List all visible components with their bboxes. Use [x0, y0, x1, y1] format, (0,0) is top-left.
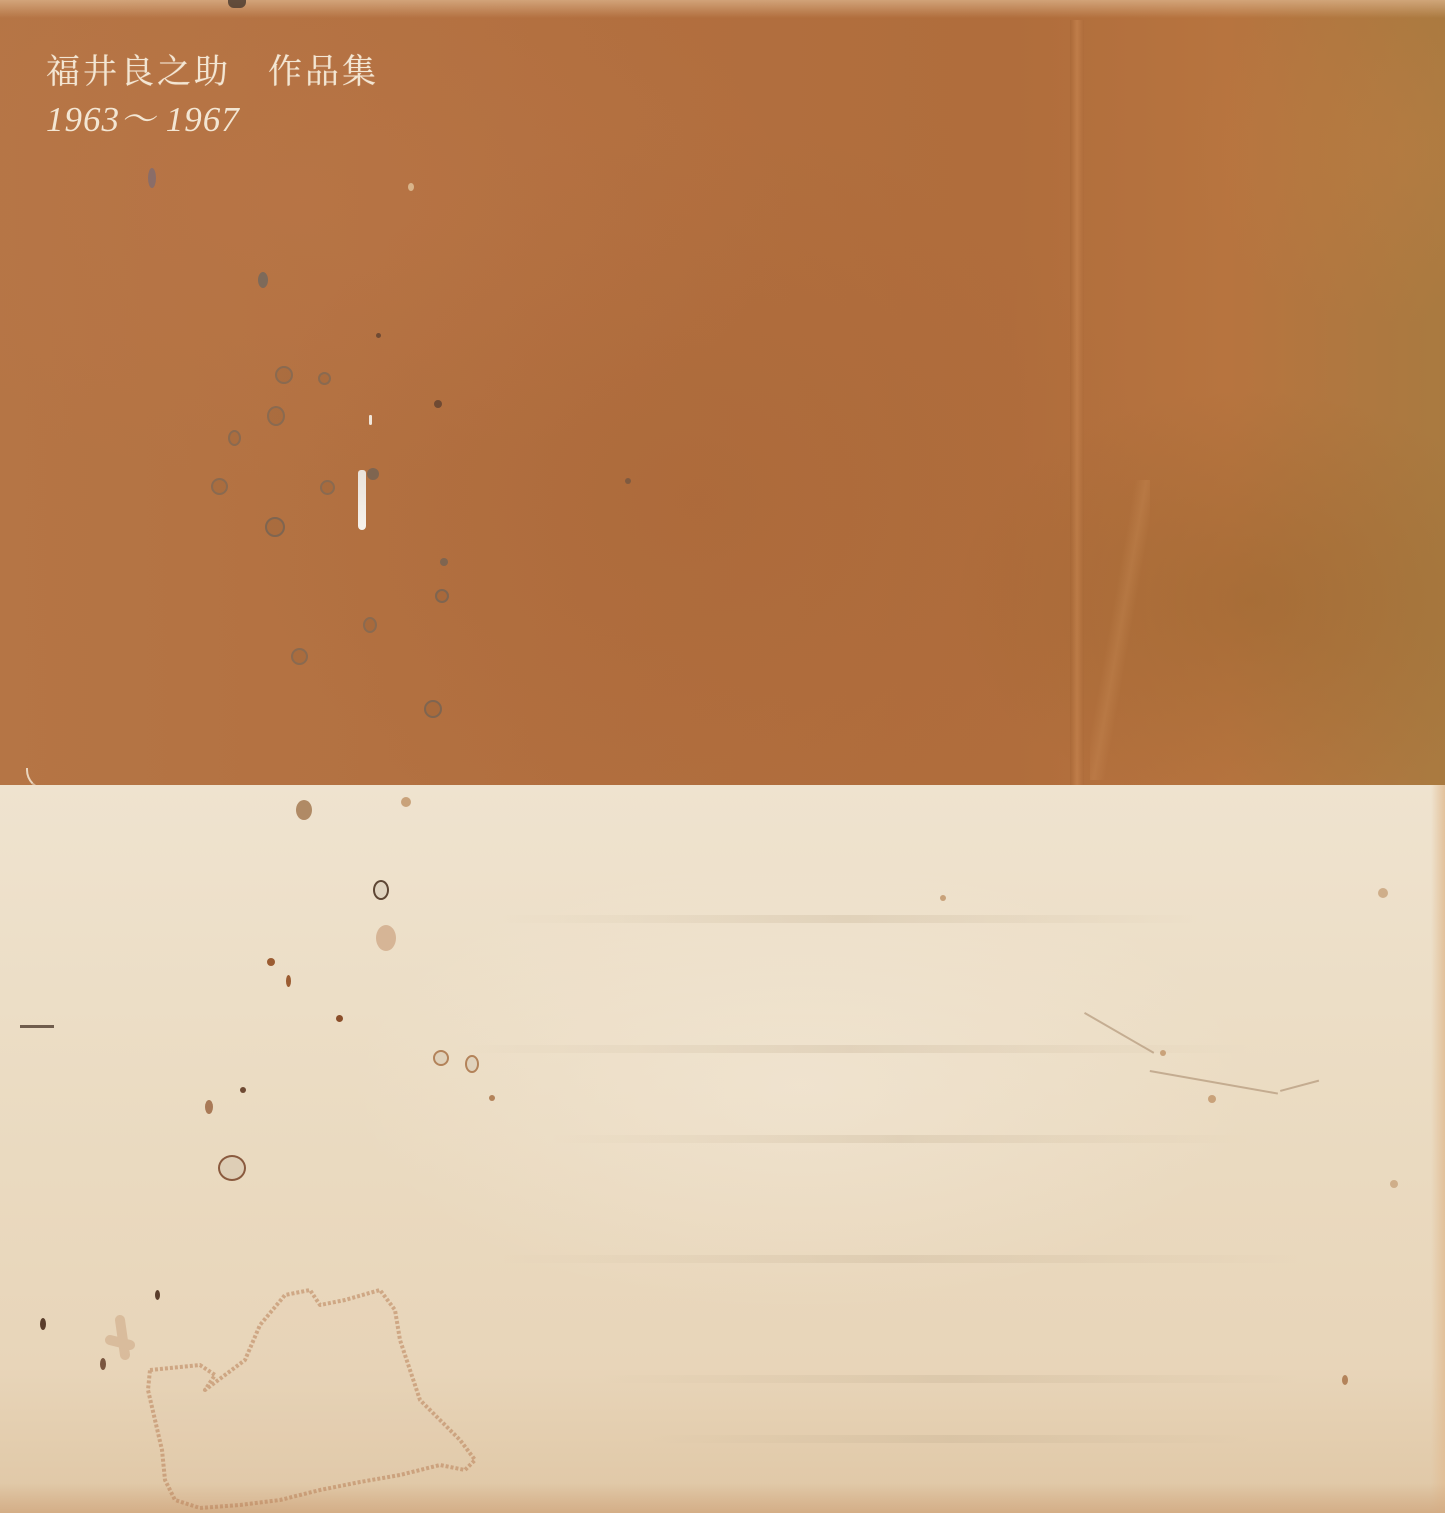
paper-streak	[500, 1255, 1300, 1263]
stain-spot	[267, 958, 275, 966]
stain-spot	[296, 800, 312, 820]
stain-spot	[408, 183, 414, 191]
stain-spot	[435, 589, 449, 603]
paper-streak	[500, 915, 1200, 923]
stain-spot	[1208, 1095, 1216, 1103]
stain-spot	[940, 895, 946, 901]
stain-spot	[267, 406, 285, 426]
stain-spot	[240, 1087, 246, 1093]
left-edge-tear	[20, 1025, 54, 1028]
white-paint-drip	[358, 470, 366, 530]
stain-spot	[367, 468, 379, 480]
stain-spot	[376, 925, 396, 951]
stain-spot	[286, 975, 291, 987]
paper-streak	[450, 1045, 1250, 1053]
stain-spot	[275, 366, 293, 384]
stain-spot	[218, 1155, 246, 1181]
stain-spot	[424, 700, 442, 718]
stain-spot	[258, 272, 268, 288]
stain-spot	[265, 517, 285, 537]
stain-spot	[363, 617, 377, 633]
vertical-fold-mark	[1070, 20, 1084, 785]
top-edge-nick	[228, 0, 246, 8]
stain-spot	[318, 372, 331, 385]
book-cover: 福井良之助 作品集 1963〜 1967	[0, 0, 1445, 1513]
paper-streak	[650, 1435, 1250, 1443]
diagonal-fold-mark	[1090, 480, 1150, 780]
stain-spot	[211, 478, 228, 495]
paper-streak	[600, 1375, 1300, 1383]
stain-spot	[291, 648, 308, 665]
stain-spot	[376, 333, 381, 338]
cover-title-block: 福井良之助 作品集 1963〜 1967	[46, 50, 379, 142]
stain-spot	[1342, 1375, 1348, 1385]
stain-spot	[320, 480, 335, 495]
stain-spot	[228, 430, 241, 446]
worn-right-edge	[1431, 785, 1445, 1513]
cover-years: 1963〜 1967	[46, 98, 379, 142]
worn-top-edge	[0, 0, 1445, 18]
stain-spot	[465, 1055, 479, 1073]
stain-spot	[434, 400, 442, 408]
stain-spot	[440, 558, 448, 566]
stain-spot	[205, 1100, 213, 1114]
stain-spot	[489, 1095, 495, 1101]
water-stain	[0, 1250, 600, 1513]
stain-spot	[148, 168, 156, 188]
stain-spot	[433, 1050, 449, 1066]
cover-title: 福井良之助 作品集	[46, 50, 379, 94]
stain-spot	[401, 797, 411, 807]
stain-spot	[373, 880, 389, 900]
stain-spot	[1160, 1050, 1166, 1056]
white-paint-fleck	[369, 415, 372, 425]
stain-spot	[625, 478, 631, 484]
paper-streak	[550, 1135, 1250, 1143]
stain-spot	[1390, 1180, 1398, 1188]
stain-spot	[1378, 888, 1388, 898]
stain-spot	[336, 1015, 343, 1022]
brown-upper-panel: 福井良之助 作品集 1963〜 1967	[0, 0, 1445, 785]
